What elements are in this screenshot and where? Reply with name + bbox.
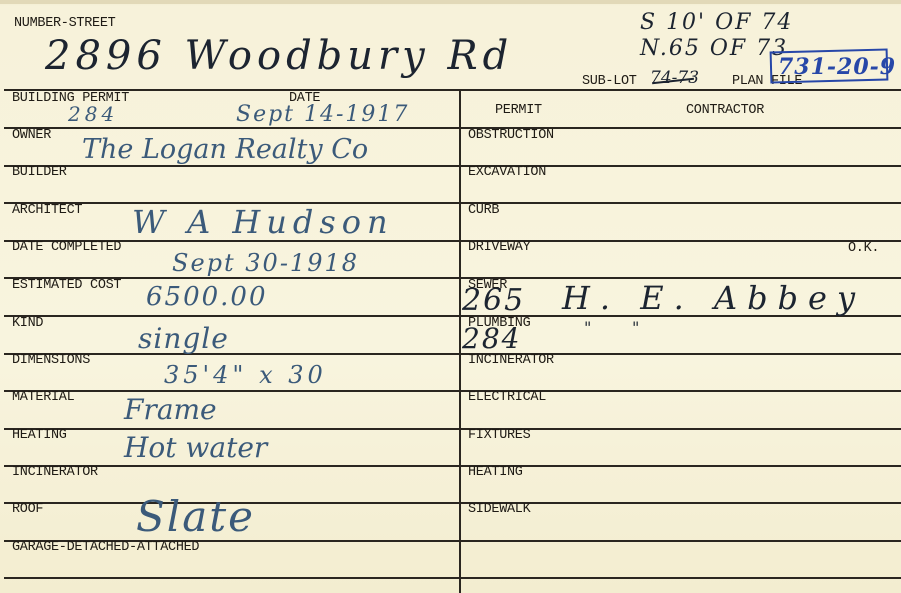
owner-label: OWNER [12, 129, 51, 143]
electrical-label: ELECTRICAL [468, 391, 546, 405]
rule-line [4, 428, 901, 430]
roof-value: Slate [136, 496, 255, 538]
building-permit-card: NUMBER-STREET 2896 Woodbury Rd S 10' OF … [0, 0, 901, 593]
rule-line [4, 390, 901, 392]
rule-line [4, 465, 901, 467]
plan-file-value: 731-20-9 [778, 54, 896, 80]
estimated-cost-label: ESTIMATED COST [12, 279, 121, 293]
sub-lot-label: SUB-LOT [582, 75, 637, 89]
plumbing-permit-value: 284 [462, 325, 521, 353]
curb-label: CURB [468, 204, 499, 218]
driveway-status: O.K. [848, 242, 879, 256]
sidewalk-label: SIDEWALK [468, 503, 530, 517]
contractor-column-header: CONTRACTOR [686, 104, 764, 118]
heating-permit-label: HEATING [468, 466, 523, 480]
estimated-cost-value: 6500.00 [146, 284, 268, 310]
column-divider [459, 89, 461, 593]
card-top-edge [0, 0, 901, 4]
number-street-label: NUMBER-STREET [14, 17, 115, 31]
dimensions-label: DIMENSIONS [12, 354, 90, 368]
incinerator-label: INCINERATOR [12, 466, 98, 480]
rule-line [4, 577, 901, 579]
date-completed-value: Sept 30-1918 [172, 251, 359, 275]
lot-note-line2: N.65 OF 73 [640, 38, 788, 60]
builder-label: BUILDER [12, 166, 67, 180]
rule-line [4, 165, 901, 167]
kind-label: KIND [12, 317, 43, 331]
sewer-contractor-value: H. E. Abbey [562, 282, 865, 314]
incinerator-permit-label: INCINERATOR [468, 354, 554, 368]
fixtures-label: FIXTURES [468, 429, 530, 443]
material-value: Frame [124, 396, 217, 424]
roof-label: ROOF [12, 503, 43, 517]
rule-line [4, 127, 901, 129]
driveway-label: DRIVEWAY [468, 241, 530, 255]
heating-value: Hot water [124, 434, 267, 462]
rule-line [4, 89, 901, 91]
permit-column-header: PERMIT [495, 104, 542, 118]
kind-value: single [138, 325, 229, 353]
date-completed-label: DATE COMPLETED [12, 241, 121, 255]
obstruction-label: OBSTRUCTION [468, 129, 554, 143]
heating-label: HEATING [12, 429, 67, 443]
date-value: Sept 14-1917 [236, 104, 409, 126]
excavation-label: EXCAVATION [468, 166, 546, 180]
dimensions-value: 35'4" x 30 [164, 363, 327, 387]
architect-value: W A Hudson [132, 206, 394, 238]
architect-label: ARCHITECT [12, 204, 82, 218]
number-street-value: 2896 Woodbury Rd [45, 36, 513, 76]
building-permit-value: 284 [68, 104, 118, 124]
material-label: MATERIAL [12, 391, 74, 405]
lot-note-line1: S 10' OF 74 [640, 12, 793, 34]
sewer-permit-value: 265 [462, 286, 525, 316]
plumbing-contractor-value: " " [584, 320, 639, 336]
owner-value: The Logan Realty Co [82, 136, 368, 163]
garage-label: GARAGE-DETACHED-ATTACHED [12, 541, 199, 555]
